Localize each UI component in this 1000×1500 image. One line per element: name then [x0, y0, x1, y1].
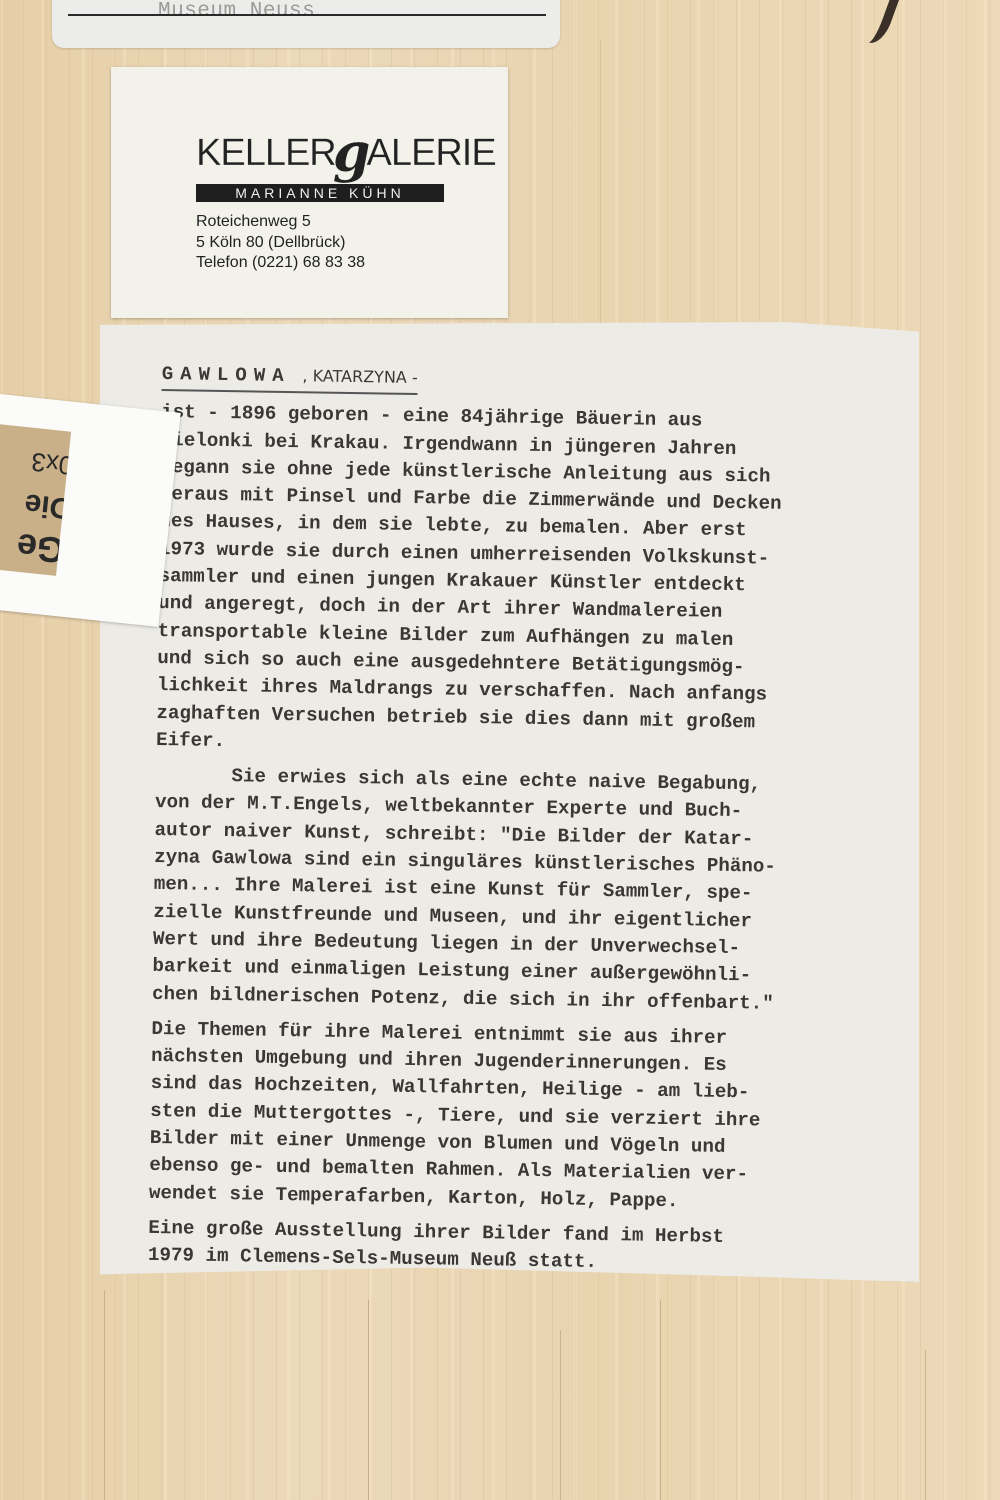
address-street: Roteichenweg 5: [196, 212, 365, 233]
wood-grain: [660, 1300, 661, 1500]
stamp-fragment: Ge Die 50x3: [0, 424, 71, 576]
museum-name-text: Museum Neuss: [158, 0, 315, 23]
strike-rule: [68, 14, 546, 16]
address-phone: Telefon (0221) 68 83 38: [196, 253, 365, 274]
gallery-business-card: KELLERgALERIE MARIANNE KÜHN Roteichenweg…: [111, 67, 508, 318]
heading-given-name: , KATARZYNA -: [302, 366, 417, 387]
stamp-text-2: Die: [0, 485, 71, 524]
wood-grain: [600, 40, 601, 340]
paragraph-exhibition: Eine große Ausstellung ihrer Bilder fand…: [148, 1215, 889, 1281]
document-heading: GAWLOWA , KATARZYNA -: [162, 360, 418, 395]
owner-name-bar: MARIANNE KÜHN: [196, 184, 444, 202]
logo-text-right: ALERIE: [367, 132, 496, 174]
museum-label-card: Museum Neuss: [52, 0, 560, 48]
torn-price-label: Ge Die 50x3: [0, 392, 181, 627]
address-block: Roteichenweg 5 5 Köln 80 (Dellbrück) Tel…: [196, 212, 365, 274]
wood-grain: [560, 1330, 561, 1500]
address-city: 5 Köln 80 (Dellbrück): [196, 233, 365, 254]
paragraph-themes: Die Themen für ihre Malerei entnimmt sie…: [149, 1016, 892, 1219]
paragraph-biography: ist - 1896 geboren - eine 84jährige Bäue…: [156, 399, 901, 765]
stamp-text-1: Ge: [0, 524, 67, 568]
logo-text-left: KELLER: [196, 132, 336, 174]
logo-g-glyph: g: [333, 120, 370, 184]
heading-surname: GAWLOWA: [162, 363, 291, 387]
gallery-logo: KELLERgALERIE: [196, 119, 496, 173]
pen-mark: [855, 0, 901, 47]
wood-grain: [104, 1290, 105, 1500]
biography-text: GAWLOWA , KATARZYNA - ist - 1896 geboren…: [148, 360, 902, 1289]
paragraph-quote: Sie erwies sich als eine echte naive Beg…: [152, 762, 896, 1019]
wood-grain: [925, 1350, 926, 1500]
stamp-text-3: 50x3: [0, 445, 71, 481]
wood-grain: [368, 1300, 369, 1500]
